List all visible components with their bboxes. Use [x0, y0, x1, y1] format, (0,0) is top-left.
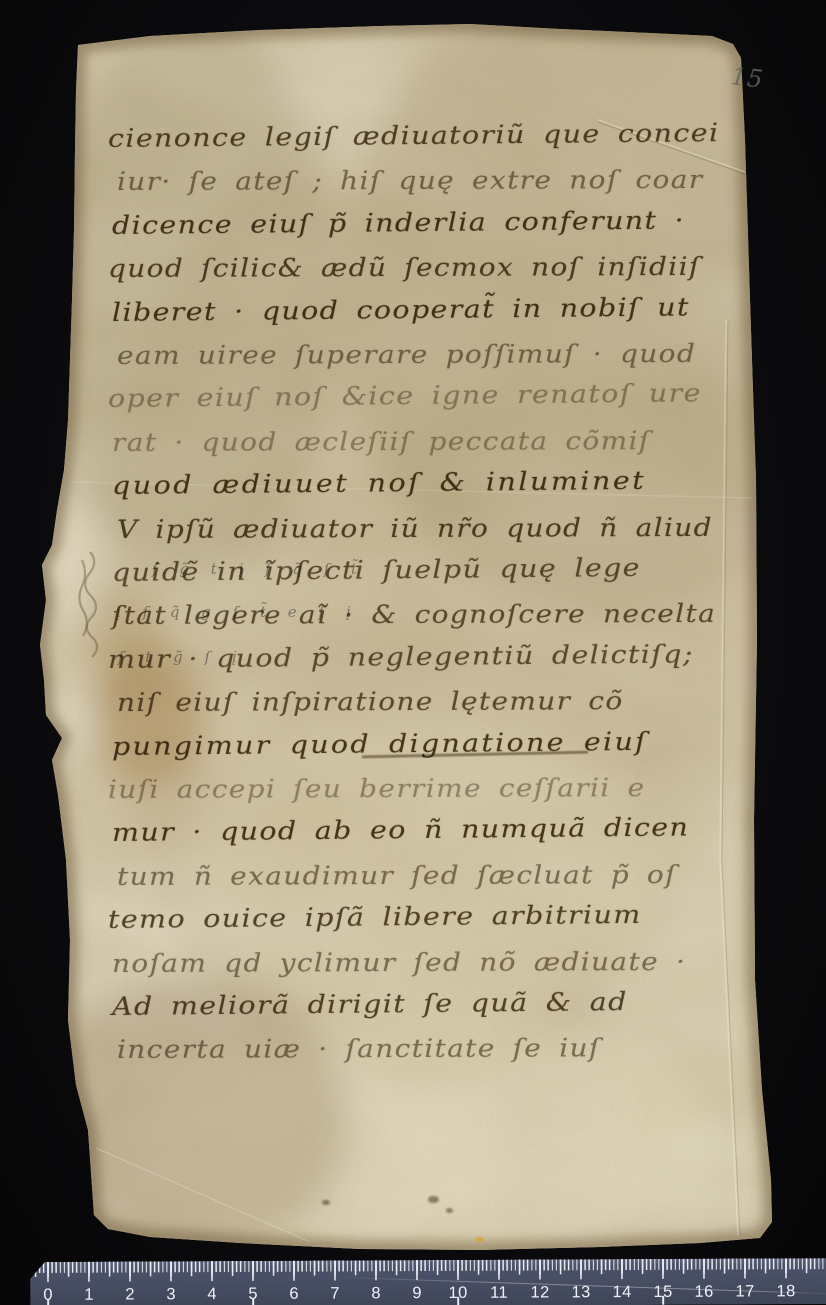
ruler-cm-ticks	[30, 1258, 826, 1282]
ruler-number: 6	[283, 1285, 305, 1304]
ruler-number: 3	[160, 1285, 182, 1304]
manuscript-line: V ipſũ ædiuator iũ nr̃o quod ñ aliud	[117, 515, 713, 543]
manuscript-line: liberet · quod cooperat̃ in nobiſ ut	[112, 294, 690, 326]
manuscript-line: quod ædiuuet noſ & inluminet	[112, 468, 646, 499]
ruler-number: 9	[406, 1284, 428, 1303]
yellow-fleck	[475, 1237, 484, 1242]
interlinear-gloss: ſ t g̃ ſ į	[118, 648, 241, 666]
manuscript-line: dicence eiuſ p̃ inderlia conferunt ·	[112, 207, 685, 238]
manuscript-line: mur · quod ab eo ñ numquã dicen	[112, 815, 689, 847]
manuscript-line: niſ eiuſ inſpiratione lętemur cõ	[117, 688, 624, 716]
manuscript-line: iur· ſe ateſ ; hiſ quę extre noſ coar	[117, 167, 704, 195]
ruler-number: 2	[119, 1285, 141, 1304]
ruler-number: 7	[324, 1284, 346, 1303]
manuscript-line: oper eiuſ noſ &ice igne renatoſ ure	[108, 381, 702, 413]
ruler-number: 8	[365, 1284, 387, 1303]
ruler-number: 1	[78, 1286, 100, 1305]
ink-speck	[322, 1200, 330, 1205]
manuscript-photograph: cienonce legiſ ædiuatoriũ que conceiiur·…	[0, 0, 826, 1305]
manuscript-line: iuſi accepi ſeu berrime ceſſarii e	[108, 775, 646, 803]
manuscript-line: noſam qd yclimur ſed nõ ædiuate ·	[112, 949, 686, 977]
manuscript-line: eam uiree ſuperare poſſimuſ · quod	[117, 341, 696, 369]
manuscript-line: quod ſcilic& ædũ ſecmox noſ inſidiiſ	[108, 254, 701, 282]
ink-speck	[446, 1208, 453, 1213]
manuscript-line: cienonce legiſ ædiuatoriũ que concei	[108, 120, 720, 152]
interlinear-gloss: ſ g̃ t į ſ q̃ ſ t̃	[152, 560, 361, 578]
manuscript-line: Ad meliorã dirigit ſe quã & ad	[112, 989, 628, 1020]
manuscript-line: tum ñ exaudimur ſed ſæcluat p̃ oſ	[117, 862, 677, 890]
ruler-number: 4	[201, 1285, 223, 1304]
ruler-number: 11	[488, 1284, 510, 1303]
interlinear-gloss: į ſ q̃ g ſ t̃ e ſ į	[116, 603, 355, 621]
ruler-number: 16	[693, 1283, 715, 1302]
ruler-number: 12	[529, 1283, 551, 1302]
ruler-number: 17	[734, 1282, 756, 1301]
folio-number: 15	[729, 62, 765, 94]
manuscript-line: incerta uiæ · ſanctitate ſe iuſ	[117, 1036, 601, 1064]
manuscript-line: temo ouice ipſã libere arbitrium	[108, 902, 642, 933]
ruler: 0123456789101112131415161718	[30, 1258, 826, 1305]
manuscript-line: rat · quod æcleſiiſ peccata cõmiſ	[112, 428, 651, 456]
ink-speck	[428, 1196, 439, 1203]
